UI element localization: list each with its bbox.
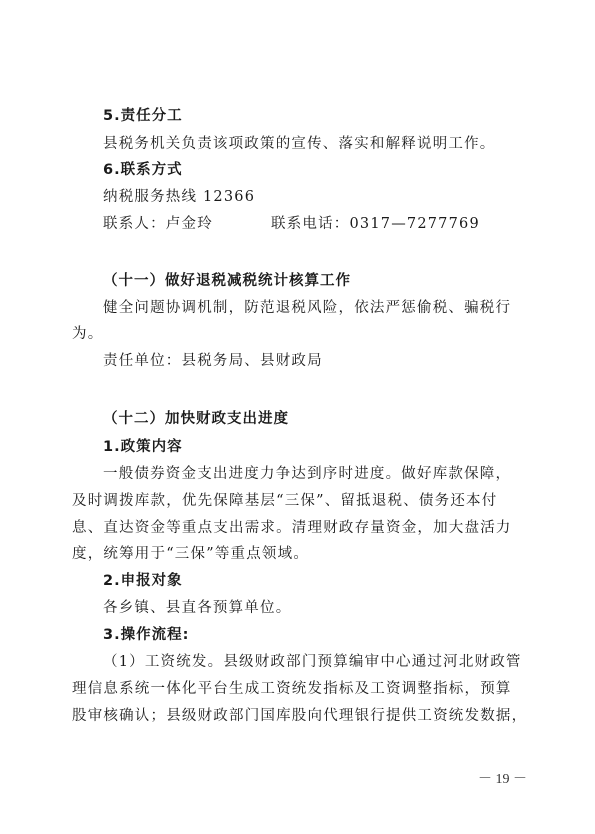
item-heading-11: （十一）做好退税减税统计核算工作 xyxy=(103,271,351,291)
section-heading-contact: 6.联系方式 xyxy=(103,160,183,180)
paragraph: 各乡镇、县直各预算单位。 xyxy=(103,598,291,618)
paragraph-line: 息、直达资金等重点支出需求。清理财政存量资金，加大盘活力 xyxy=(72,518,512,538)
subheading-policy-content: 1.政策内容 xyxy=(103,437,183,457)
paragraph-line: 股审核确认；县级财政部门国库股向代理银行提供工资统发数据， xyxy=(72,706,527,726)
paragraph-line: 及时调拨库款，优先保障基层“三保”、留抵退税、债务还本付 xyxy=(72,491,497,511)
item-heading-12: （十二）加快财政支出进度 xyxy=(103,409,289,429)
subheading-procedure: 3.操作流程: xyxy=(103,625,189,645)
paragraph-line: 为。 xyxy=(72,324,103,344)
page-number: － 19 － xyxy=(478,768,527,788)
paragraph-line: 一般债券资金支出进度力争达到序时进度。做好库款保障， xyxy=(103,464,511,484)
hotline-text: 纳税服务热线 12366 xyxy=(103,187,255,207)
contact-text: 联系人：卢金玲 联系电话：0317—7277769 xyxy=(103,214,480,234)
paragraph-line: 健全问题协调机制，防范退税风险，依法严惩偷税、骗税行 xyxy=(103,298,511,318)
responsible-unit: 责任单位：县税务局、县财政局 xyxy=(103,351,323,371)
paragraph: 县税务机关负责该项政策的宣传、落实和解释说明工作。 xyxy=(103,134,496,154)
section-heading-responsibility: 5.责任分工 xyxy=(103,106,183,126)
paragraph-line: 度，统筹用于“三保”等重点领域。 xyxy=(72,544,309,564)
paragraph-line: 理信息系统一体化平台生成工资统发指标及工资调整指标，预算 xyxy=(72,679,512,699)
paragraph-line: （1）工资统发。县级财政部门预算编审中心通过河北财政管 xyxy=(103,652,522,672)
subheading-applicants: 2.申报对象 xyxy=(103,571,183,591)
